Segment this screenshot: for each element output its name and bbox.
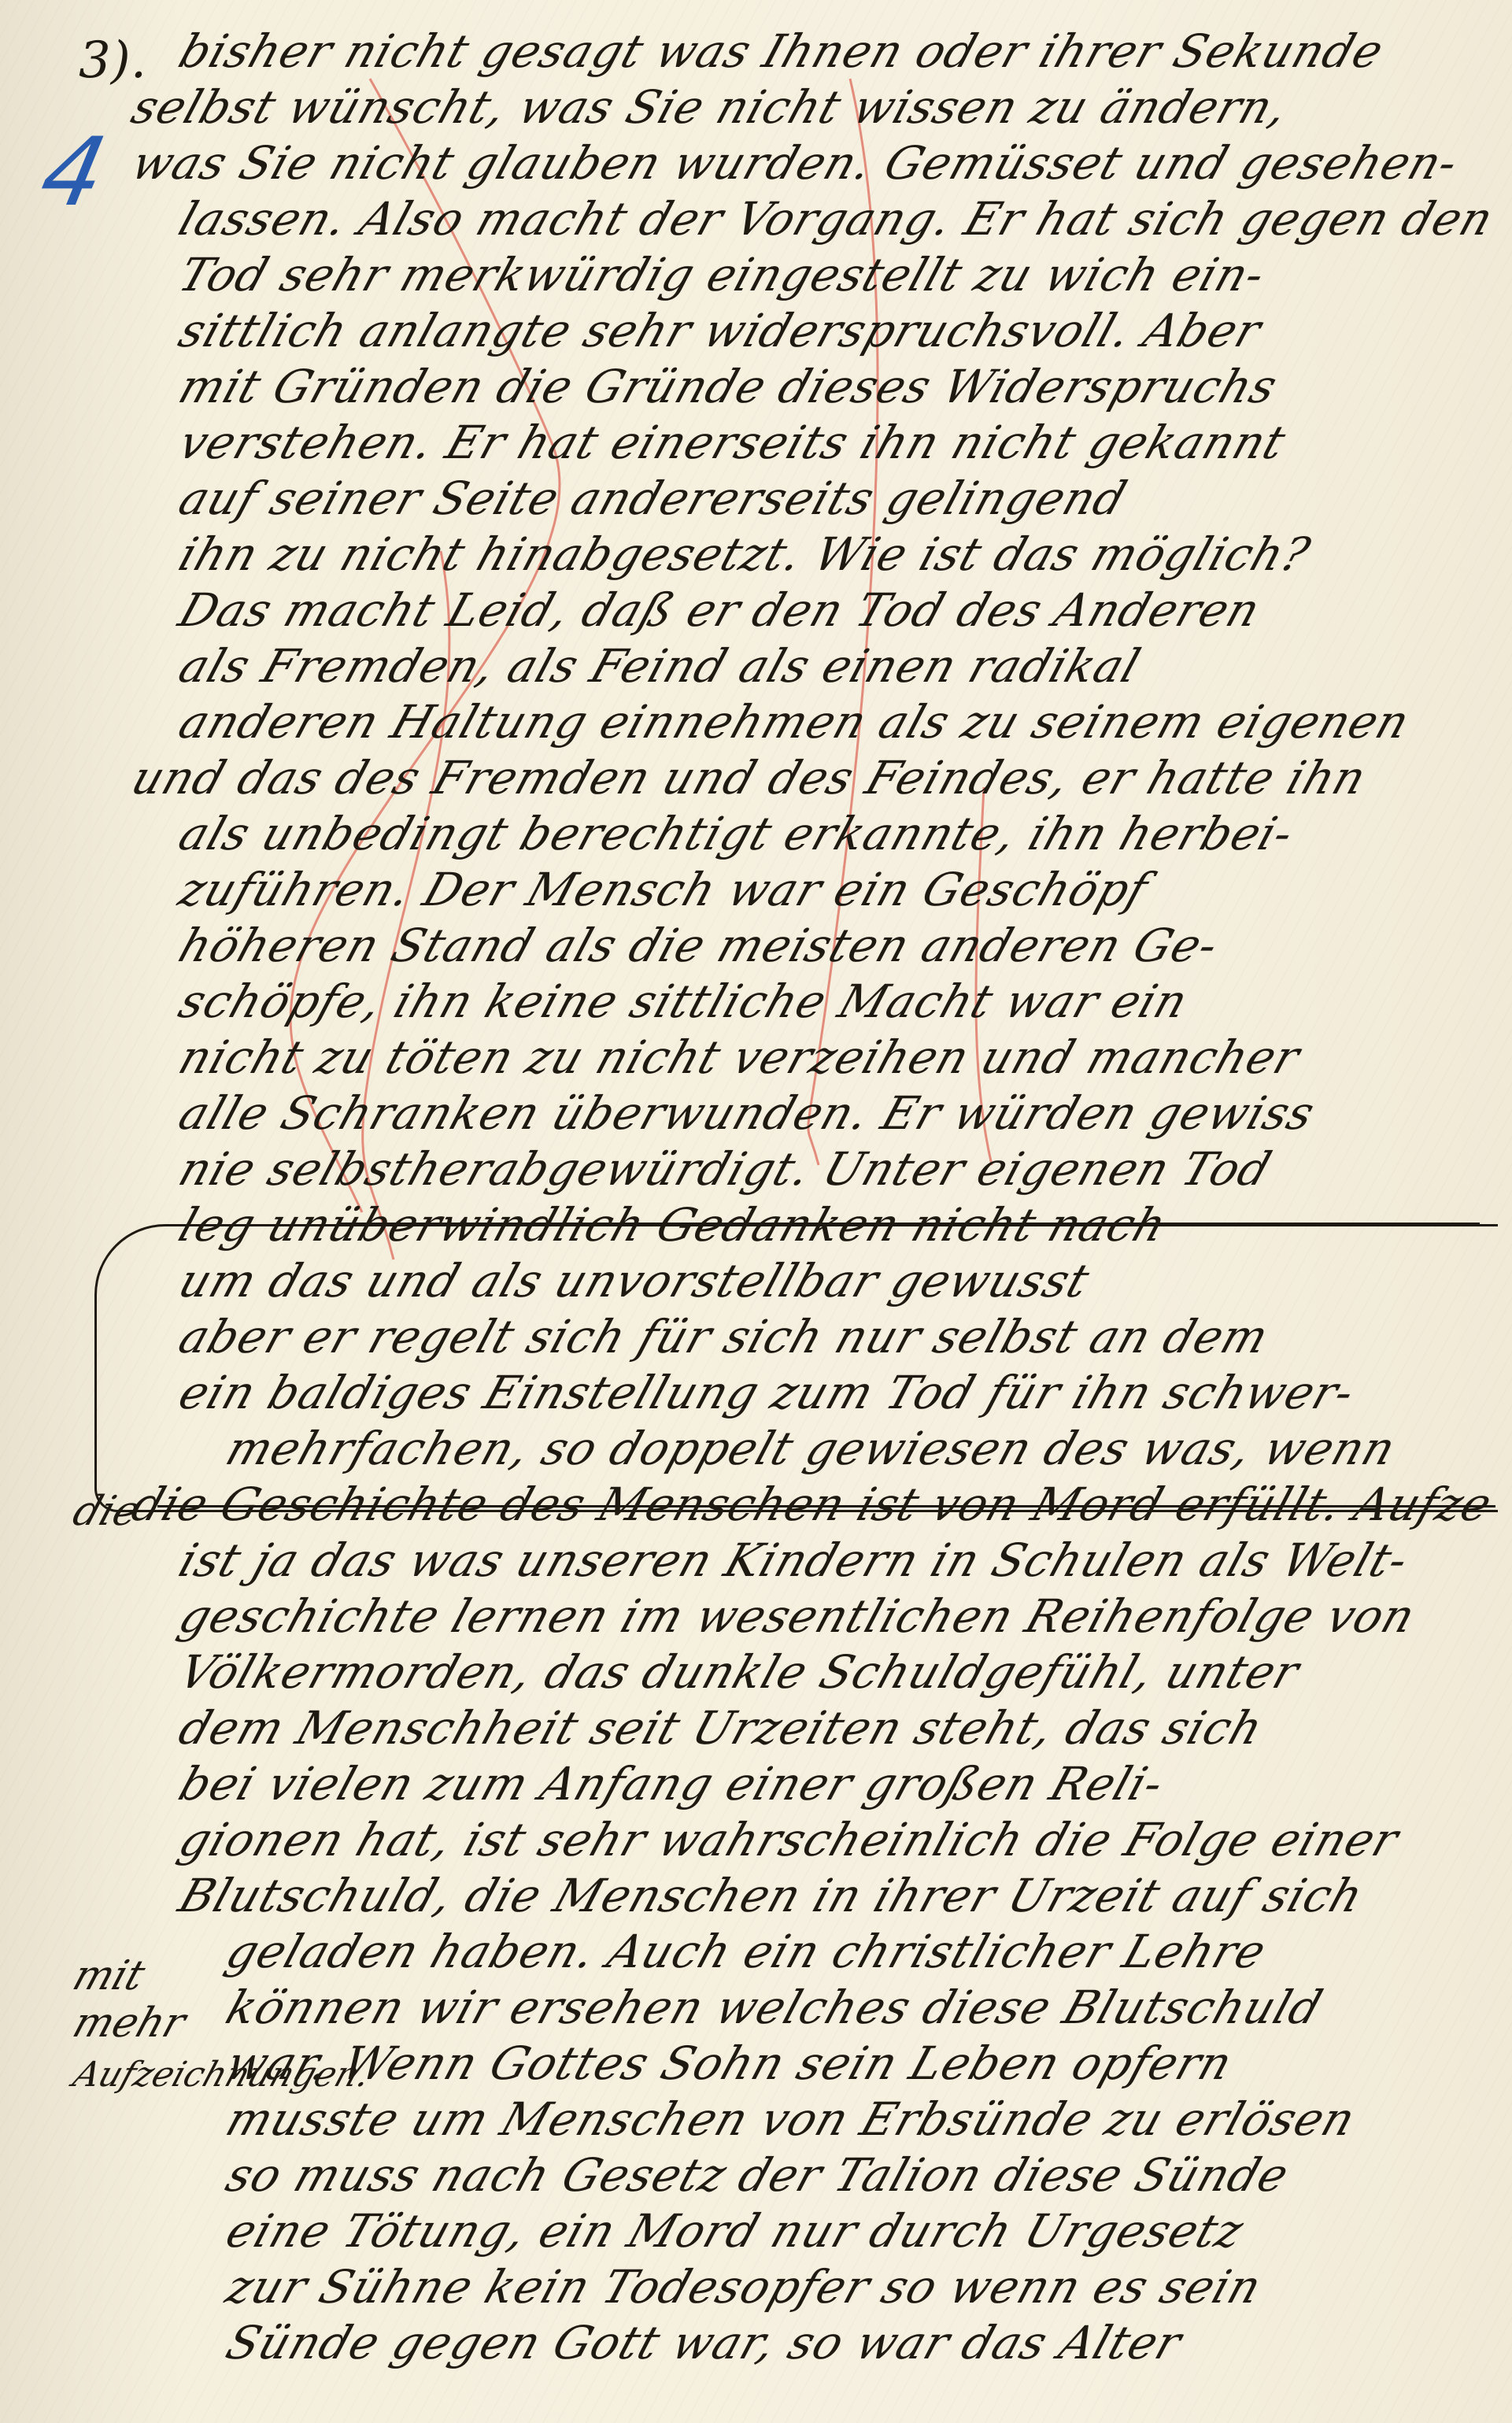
text-line: bei vielen zum Anfang einer großen Reli- (124, 1756, 1496, 1812)
text-line: lassen. Also macht der Vorgang. Er hat s… (124, 191, 1496, 247)
text-line: zuführen. Der Mensch war ein Geschöpf (124, 862, 1496, 918)
text-line: ihn zu nicht hinabgesetzt. Wie ist das m… (124, 527, 1496, 583)
manuscript-text: bisher nicht gesagt was Ihnen oder ihrer… (134, 24, 1488, 2371)
text-line: um das und als unvorstellbar gewusst (124, 1253, 1496, 1309)
margin-note: Aufzeichnungen. (68, 2055, 376, 2095)
text-line: zur Sühne kein Todesopfer so wenn es sei… (124, 2259, 1496, 2315)
text-line: als unbedingt berechtigt erkannte, ihn h… (124, 806, 1496, 862)
text-line: Das macht Leid, daß er den Tod des Ander… (124, 583, 1496, 638)
text-line: als Fremden, als Feind als einen radikal (124, 638, 1496, 694)
text-line: geladen haben. Auch ein christlicher Leh… (124, 1924, 1496, 1980)
text-line: musste um Menschen von Erbsünde zu erlös… (124, 2092, 1496, 2147)
margin-note: mehr (67, 1999, 191, 2047)
text-line: leg unüberwindlich Gedanken nicht nach (124, 1197, 1496, 1253)
text-line: eine Tötung, ein Mord nur durch Urgesetz (124, 2203, 1496, 2259)
text-line: was Sie nicht glauben wurden. Gemüsset u… (124, 135, 1496, 191)
text-line: Völkermorden, das dunkle Schuldgefühl, u… (124, 1644, 1496, 1700)
text-line: nie selbstherabgewürdigt. Unter eigenen … (124, 1141, 1496, 1197)
text-line: schöpfe, ihn keine sittliche Macht war e… (124, 974, 1496, 1030)
text-line: dem Menschheit seit Urzeiten steht, das … (124, 1700, 1496, 1756)
text-line: alle Schranken überwunden. Er würden gew… (124, 1086, 1496, 1141)
text-line: mit Gründen die Gründe dieses Widerspruc… (124, 359, 1496, 415)
text-line: die Geschichte des Menschen ist von Mord… (124, 1477, 1496, 1533)
text-line: höheren Stand als die meisten anderen Ge… (124, 918, 1496, 974)
text-line: können wir ersehen welches diese Blutsch… (124, 1980, 1496, 2036)
text-line: bisher nicht gesagt was Ihnen oder ihrer… (124, 24, 1496, 80)
text-line: nicht zu töten zu nicht verzeihen und ma… (124, 1030, 1496, 1086)
text-line: gionen hat, ist sehr wahrscheinlich die … (124, 1812, 1496, 1868)
text-line: aber er regelt sich für sich nur selbst … (124, 1309, 1496, 1365)
text-line: Blutschuld, die Menschen in ihrer Urzeit… (124, 1868, 1496, 1924)
text-line: ein baldiges Einstellung zum Tod für ihn… (124, 1365, 1496, 1421)
text-line: Tod sehr merkwürdig eingestellt zu wich … (124, 247, 1496, 303)
text-line: auf seiner Seite andererseits gelingend (124, 471, 1496, 527)
text-line: selbst wünscht, was Sie nicht wissen zu … (124, 80, 1496, 135)
text-line: verstehen. Er hat einerseits ihn nicht g… (124, 415, 1496, 471)
text-line: mehrfachen, so doppelt gewiesen des was,… (124, 1421, 1496, 1477)
text-line: anderen Haltung einnehmen als zu seinem … (124, 694, 1496, 750)
text-line: ist ja das was unseren Kindern in Schule… (124, 1533, 1496, 1589)
text-line: sittlich anlangte sehr widerspruchsvoll.… (124, 303, 1496, 359)
text-line: geschichte lernen im wesentlichen Reihen… (124, 1589, 1496, 1644)
text-line: so muss nach Gesetz der Talion diese Sün… (124, 2147, 1496, 2203)
text-line: Sünde gegen Gott war, so war das Alter (124, 2315, 1496, 2371)
text-line: und das des Fremden und des Feindes, er … (124, 750, 1496, 806)
